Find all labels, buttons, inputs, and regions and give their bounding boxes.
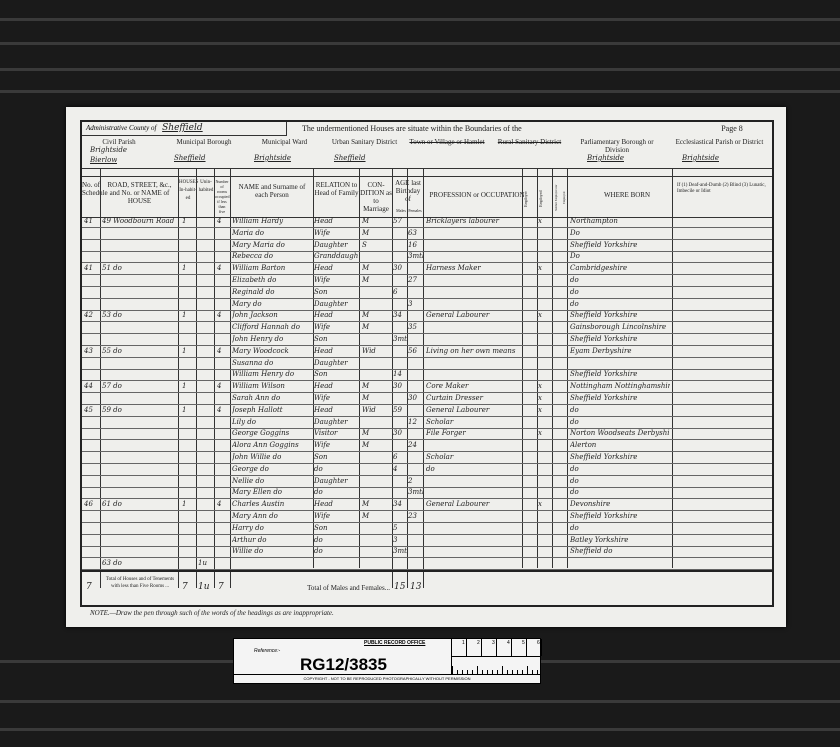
table-row: 4661 do14Charles AustinHeadM34General La… [82, 499, 772, 511]
boundaries-text: The undermentioned Houses are situate wi… [302, 125, 562, 133]
municipal-ward-label: Municipal Ward [247, 138, 322, 146]
parliamentary-label: Parliamentary Borough or Division [572, 138, 662, 154]
col-males: Males [394, 207, 408, 215]
col-age: AGE last Birthday of [393, 179, 423, 203]
col-relation: RELATION to Head of Family [314, 181, 359, 197]
copyright-notice: COPYRIGHT - NOT TO BE REPRODUCED PHOTOGR… [234, 674, 540, 683]
civil-parish-value-2: Bierlow [90, 156, 117, 164]
scale-number: 3 [492, 640, 495, 646]
table-row: 4149 Woodbourn Road14William HardyHeadM5… [82, 216, 772, 228]
col-employer: Employer [522, 185, 537, 213]
uninhabited-total: 1u [198, 582, 210, 592]
col-inhabited: HOUSES In-habit-ed [179, 179, 197, 203]
form-note: NOTE.—Draw the pen through such of the w… [90, 609, 334, 617]
table-row: George GogginsVisitorM30File ForgerxNort… [82, 428, 772, 440]
table-row: John Willie doSon6ScholarSheffield Yorks… [82, 452, 772, 464]
table-row: William Henry doSon14Sheffield Yorkshire [82, 369, 772, 381]
col-condition: CON-DITION as to Marriage [360, 181, 392, 213]
municipal-borough-value: Sheffield [174, 154, 206, 162]
scale-number: 2 [477, 640, 480, 646]
record-office-label: PUBLIC RECORD OFFICE [364, 640, 425, 646]
inhabited-total: 7 [182, 582, 188, 592]
civil-parish-label: Civil Parish [84, 138, 154, 146]
urban-sanitary-value: Sheffield [334, 154, 366, 162]
census-page: Administrative County of Sheffield The u… [66, 107, 786, 627]
municipal-ward-value: Brightside [254, 154, 291, 162]
col-neither: Neither Employer nor Employed [552, 181, 567, 215]
table-row: Lily doDaughter12Scholardo [82, 417, 772, 429]
table-row: Mary Ellen dodo3mthdo [82, 487, 772, 499]
column-headers: No. of Schedule ROAD, STREET, &c., and N… [82, 176, 772, 218]
col-rooms: Number of rooms occupied if less than fi… [215, 179, 229, 214]
reference-label: Reference:- [254, 648, 280, 654]
col-uninhabited: Unin-habited [197, 179, 215, 195]
admin-county-label: Administrative County of [86, 124, 156, 132]
table-row: 63 do1u [82, 558, 772, 570]
table-row: Maria doWifeM63Do [82, 228, 772, 240]
totals-row: 7 Total of Houses and of Tenements with … [82, 570, 772, 607]
females-total: 13 [410, 582, 421, 592]
table-row: Mary doDaughter3do [82, 299, 772, 311]
scale-number: 5 [522, 640, 525, 646]
table-row: Willie dodo3mthSheffield do [82, 546, 772, 558]
houses-total-label: Total of Houses and of Tenements with le… [104, 576, 176, 590]
table-row: Mary Maria doDaughterS16Sheffield Yorksh… [82, 240, 772, 252]
scale-number: 1 [462, 640, 465, 646]
urban-sanitary-label: Urban Sanitary District [327, 138, 402, 146]
table-row: 4457 do14William WilsonHeadM30Core Maker… [82, 381, 772, 393]
scale-number: 6 [537, 640, 540, 646]
table-row: Arthur dodo3Batley Yorkshire [82, 535, 772, 547]
table-row: John Henry doSon3mthSheffield Yorkshire [82, 334, 772, 346]
parliamentary-value: Brightside [587, 154, 624, 162]
town-village-label: Town or Village or Hamlet [407, 138, 487, 146]
reference-number: RG12/3835 [300, 655, 387, 675]
col-occupation: PROFESSION or OCCUPATION [427, 191, 527, 199]
table-row: 4253 do14John JacksonHeadM34General Labo… [82, 310, 772, 322]
table-row: Rebecca doGranddaughter3mthDo [82, 251, 772, 263]
col-employed: Employed [537, 185, 552, 213]
col-where-born: WHERE BORN [582, 191, 672, 199]
scale-number: 4 [507, 640, 510, 646]
municipal-borough-label: Municipal Borough [164, 138, 244, 146]
rooms-total: 7 [218, 582, 224, 592]
page-number: Page 8 [702, 125, 762, 133]
table-row: Clifford Hannah doWifeM35Gainsborough Li… [82, 322, 772, 334]
ecclesiastical-label: Ecclesiastical Parish or District [672, 138, 767, 146]
table-row: Elizabeth doWifeM27do [82, 275, 772, 287]
measurement-scale: 123456 [451, 639, 541, 674]
admin-county-box: Administrative County of Sheffield [82, 122, 287, 136]
col-females: Females [408, 207, 422, 215]
table-row: Mary Ann doWifeM23Sheffield Yorkshire [82, 511, 772, 523]
persons-total-label: Total of Males and Females... [282, 584, 390, 592]
admin-county-value: Sheffield [162, 123, 203, 133]
schedule-total: 7 [86, 582, 92, 592]
col-address: ROAD, STREET, &c., and No. or NAME of HO… [102, 181, 177, 205]
table-row: Sarah Ann doWifeM30Curtain DresserxSheff… [82, 393, 772, 405]
col-schedule: No. of Schedule [82, 181, 100, 197]
table-row: Harry doSon5do [82, 523, 772, 535]
table-row: 4151 do14William BartonHeadM30Harness Ma… [82, 263, 772, 275]
table-row: 4559 do14Joseph HallottHeadWid59General … [82, 405, 772, 417]
rural-sanitary-label: Rural Sanitary District [487, 138, 572, 146]
table-row: Nellie doDaughter2do [82, 476, 772, 488]
table-row: Reginald doSon6do [82, 287, 772, 299]
census-form: Administrative County of Sheffield The u… [80, 120, 774, 607]
table-row: George dodo4dodo [82, 464, 772, 476]
col-infirmity: If (1) Deaf-and-Dumb (2) Blind (3) Lunat… [677, 183, 772, 195]
col-name: NAME and Surname of each Person [232, 183, 312, 199]
table-row: 4355 do14Mary WoodcockHeadWid56Living on… [82, 346, 772, 358]
reference-slip: PUBLIC RECORD OFFICE Reference:- RG12/38… [233, 638, 541, 684]
table-row: Susanna doDaughter [82, 358, 772, 370]
table-row: Alora Ann GogginsWifeM24Alerton [82, 440, 772, 452]
ecclesiastical-value: Brightside [682, 154, 719, 162]
civil-parish-value: Brightside [90, 146, 127, 154]
males-total: 15 [394, 582, 405, 592]
